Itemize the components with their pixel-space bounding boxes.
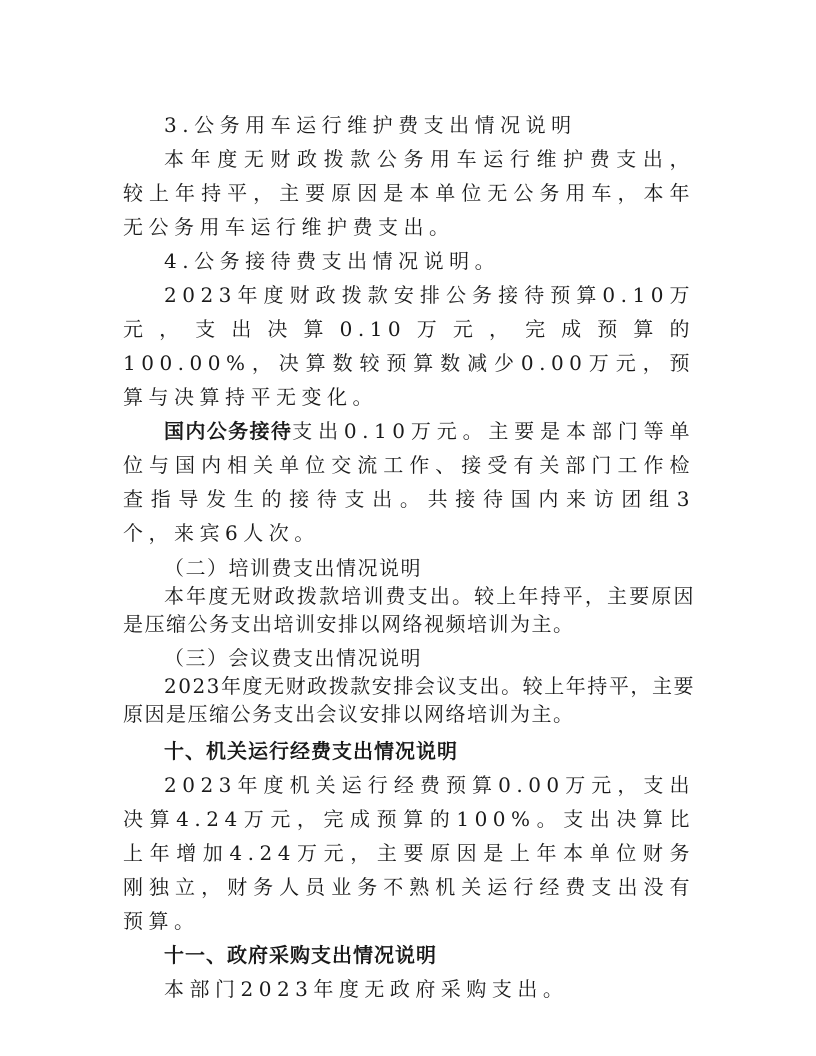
paragraph-domestic-reception: 国内公务接待支出0.10万元。主要是本部门等单位与国内相关单位交流工作、接受有关… (123, 414, 695, 550)
paragraph-training: 本年度无财政拨款培训费支出。较上年持平，主要原因是压缩公务支出培训安排以网络视频… (123, 582, 695, 638)
paragraph-operating-expenses: 2023年度机关运行经费预算0.00万元，支出决算4.24万元，完成预算的100… (123, 768, 695, 938)
section-heading-training: （二）培训费支出情况说明 (123, 554, 695, 582)
domestic-reception-label: 国内公务接待 (164, 419, 292, 443)
section-heading-reception: 4.公务接待费支出情况说明。 (123, 244, 695, 278)
paragraph-government-procurement: 本部门2023年度无政府采购支出。 (123, 972, 695, 1006)
section-heading-vehicle-maintenance: 3.公务用车运行维护费支出情况说明 (123, 108, 695, 142)
paragraph-reception-budget: 2023年度财政拨款安排公务接待预算0.10万元，支出决算0.10万元，完成预算… (123, 278, 695, 414)
section-heading-operating-expenses: 十、机关运行经费支出情况说明 (123, 734, 695, 768)
paragraph-vehicle-maintenance: 本年度无财政拨款公务用车运行维护费支出，较上年持平，主要原因是本单位无公务用车，… (123, 142, 695, 244)
section-heading-meeting: （三）会议费支出情况说明 (123, 644, 695, 672)
document-page: 3.公务用车运行维护费支出情况说明 本年度无财政拨款公务用车运行维护费支出，较上… (123, 108, 695, 1006)
section-heading-government-procurement: 十一、政府采购支出情况说明 (123, 938, 695, 972)
paragraph-meeting: 2023年度无财政拨款安排会议支出。较上年持平，主要原因是压缩公务支出会议安排以… (123, 672, 695, 728)
